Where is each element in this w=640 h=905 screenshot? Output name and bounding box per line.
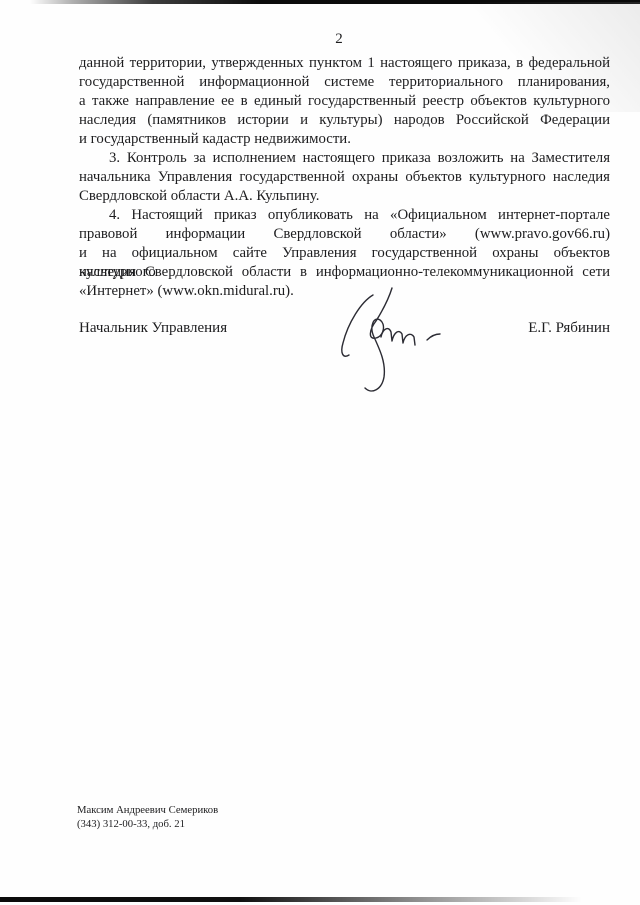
text-line: и на официальном сайте Управления госуда… (79, 244, 610, 263)
signatory-position-label: Начальник Управления (79, 319, 227, 338)
scan-artifact-top-line (30, 0, 640, 4)
executor-phone: (343) 312-00-33, доб. 21 (77, 817, 218, 831)
paragraph: данной территории, утвержденных пунктом … (79, 54, 610, 149)
document-body: данной территории, утвержденных пунктом … (79, 54, 610, 301)
text-line: а также направление ее в единый государс… (79, 92, 610, 111)
text-line: государственной информационной системе т… (79, 73, 610, 92)
handwritten-signature-icon (331, 285, 446, 397)
text-line: 3. Контроль за исполнением настоящего пр… (79, 149, 610, 168)
text-line: Свердловской области А.А. Кульпину. (79, 187, 610, 206)
signature-stroke-humps (381, 329, 415, 345)
text-line: начальника Управления государственной ох… (79, 168, 610, 187)
executor-name: Максим Андреевич Семериков (77, 803, 218, 817)
text-line: правовой информации Свердловской области… (79, 225, 610, 244)
document-page: 2 данной территории, утвержденных пункто… (0, 0, 640, 905)
scan-artifact-bottom-line (0, 897, 600, 902)
signatory-name: Е.Г. Рябинин (528, 319, 610, 338)
text-line: наследия (памятников истории и культуры)… (79, 111, 610, 130)
page-number: 2 (79, 31, 599, 48)
executor-footer: Максим Андреевич Семериков (343) 312-00-… (77, 803, 218, 831)
paragraph: 3. Контроль за исполнением настоящего пр… (79, 149, 610, 206)
signature-stroke-crescent (342, 295, 373, 356)
text-line: 4. Настоящий приказ опубликовать на «Офи… (79, 206, 610, 225)
signature-stroke-main (365, 288, 392, 391)
text-line: и государственный кадастр недвижимости. (79, 130, 610, 149)
text-line: данной территории, утвержденных пунктом … (79, 54, 610, 73)
text-line: наследия Свердловской области в информац… (79, 263, 610, 282)
signature-stroke-dash (427, 334, 440, 340)
